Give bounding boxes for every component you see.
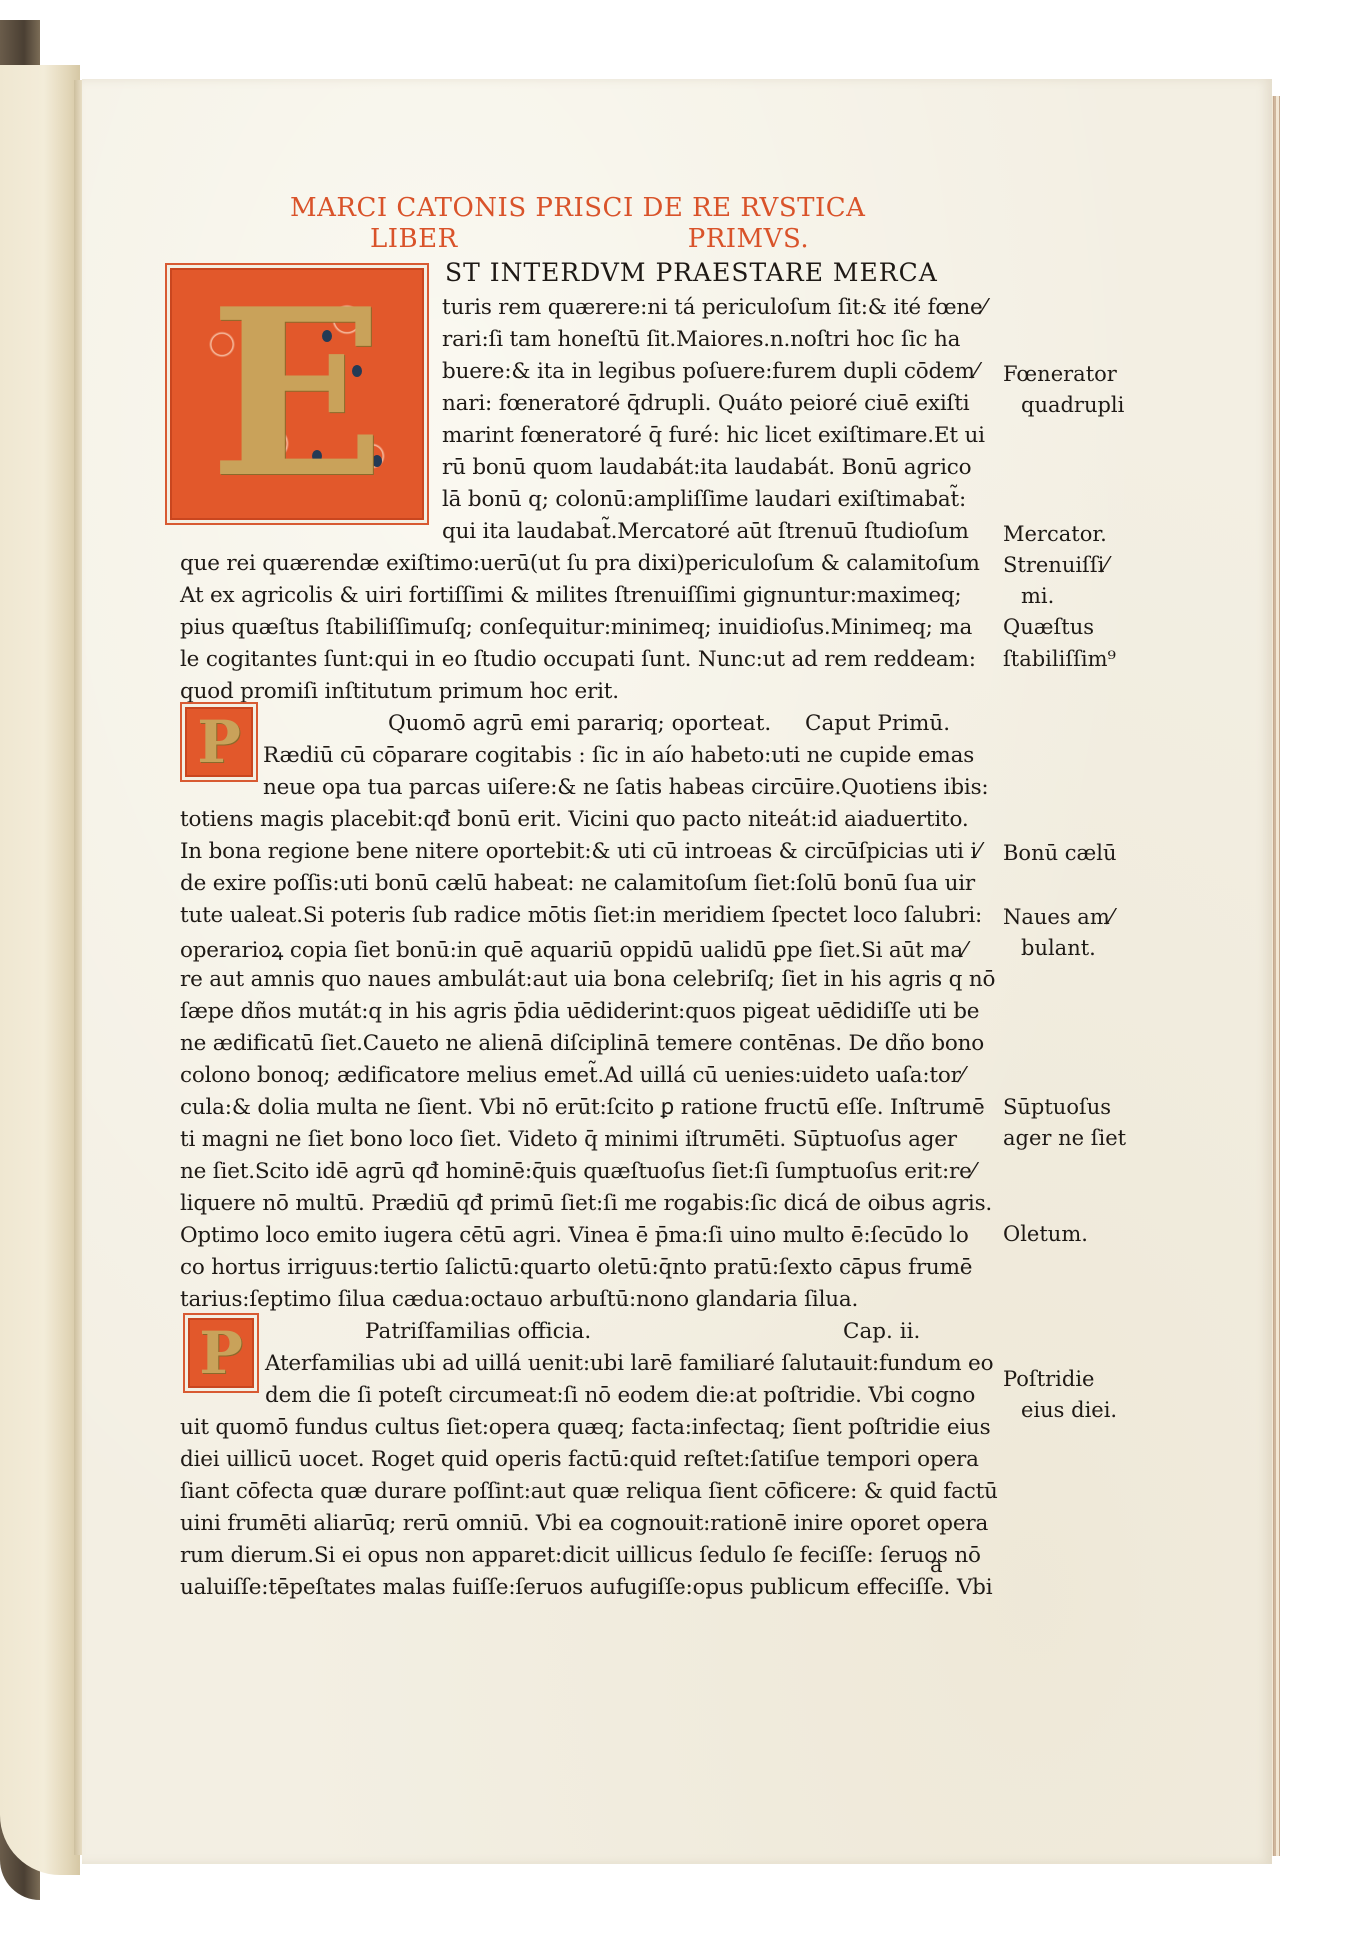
chapter-1-caput: Caput Primū. [805, 711, 950, 736]
text-line: ne ædificatū ſiet.Caueto ne alienā diſci… [180, 1031, 984, 1056]
marginal-note: ager ne ſiet [1003, 1126, 1126, 1150]
text-line: ne ſiet.Scito idē agrū qđ hominē:q̄uis q… [180, 1159, 975, 1184]
initial-letter: P [187, 709, 251, 775]
marginal-note: Fœnerator [1003, 362, 1117, 386]
text-line: quod promiſi inſtitutum primum hoc erit. [180, 679, 619, 704]
text-line: marint fœneratoré q̄ furé: hic licet exi… [442, 423, 985, 448]
text-line: cula:& dolia multa ne ſient. Vbi nō erūt… [180, 1095, 985, 1120]
text-line: ſæpe dños mutát:q in his agris p̄dia uēd… [180, 999, 979, 1024]
title-line-2: LIBERPRIMVS. [290, 224, 930, 255]
signature-mark: a [930, 1553, 943, 1577]
text-line: nari: fœneratoré q̄drupli. Quáto peioré … [442, 391, 969, 416]
marginal-note: Bonū cælū [1003, 841, 1117, 865]
marginal-note: Quæſtus [1003, 615, 1094, 639]
chapter-1-title: Quomō agrū emi parariq; oporteat. [388, 711, 771, 736]
text-line: totiens magis placebit:qđ bonū erit. Vic… [180, 807, 968, 832]
text-line: pius quæſtus ſtabiliſſimuſq; conſequitur… [180, 615, 972, 640]
initial-letter: P [190, 1320, 252, 1386]
title-primus: PRIMVS. [688, 224, 809, 254]
text-line: ſiant cōfecta quæ durare poſſint:aut quæ… [180, 1479, 998, 1504]
text-line: colono bonoq; ædificatore melius emet̃.A… [180, 1063, 964, 1088]
title-liber: LIBER [370, 224, 458, 254]
marginal-note: eius diei. [1003, 1398, 1117, 1422]
text-line: re aut amnis quo naues ambulát:aut uia b… [180, 967, 995, 992]
marginal-note: Poſtridie [1003, 1367, 1094, 1391]
text-line: operarioꝝ copia ſiet bonū:in quē aquariū… [180, 935, 966, 964]
text-line: tute ualeat.Si poteris ſub radice mōtis … [180, 903, 982, 928]
text-line: At ex agricolis & uiri fortiſſimi & mili… [180, 583, 961, 608]
text-line: ualuiſſe:tēpeſtates malas fuiſſe:ſeruos … [180, 1575, 992, 1600]
marginal-note: Oletum. [1003, 1222, 1088, 1246]
text-line: lā bonū q; colonū:ampliſſime laudari exi… [442, 487, 966, 512]
text-line: dem die ſi poteſt circumeat:ſi nō eodem … [265, 1383, 975, 1408]
marginal-note: mi. [1003, 584, 1054, 608]
marginal-note: quadrupli [1003, 393, 1124, 417]
text-line: Aterfamilias ubi ad uillá uenit:ubi larē… [265, 1351, 993, 1376]
text-line: le cogitantes ſunt:qui in eo ſtudio occu… [180, 647, 976, 672]
marginal-note: Mercator. [1003, 522, 1107, 546]
text-line: rū bonū quom laudabát:ita laudabát. Bonū… [442, 455, 971, 480]
text-line: neue opa tua parcas uiſere:& ne ſatis ha… [263, 775, 988, 800]
text-line: que rei quærendæ exiſtimo:uerū(ut ſu pra… [180, 551, 980, 576]
illuminated-initial-p: P [185, 707, 253, 777]
marginal-note: ſtabiliſſim⁹ [1003, 647, 1116, 671]
text-line: rum dierum.Si ei opus non apparet:dicit … [180, 1543, 981, 1568]
chapter-2-title: Patriſfamilias officia. [365, 1319, 591, 1344]
chapter-2-caput: Cap. ii. [843, 1319, 920, 1344]
text-line: liquere nō multū. Prædiū qđ primū ſiet:ſ… [180, 1191, 992, 1216]
text-line: de exire poſſis:uti bonū cælū habeat: ne… [180, 871, 975, 896]
text-line: Optimo loco emito iugera cētū agri. Vine… [180, 1223, 969, 1248]
page-title: MARCI CATONIS PRISCI DE RE RVSTICA LIBER… [290, 193, 930, 255]
marginal-note: Strenuiſſi⁄ [1003, 553, 1108, 577]
text-line: In bona regione bene nitere oportebit:& … [180, 839, 980, 864]
text-line: co hortus irriguus:tertio ſalictū:quarto… [180, 1255, 972, 1280]
marginal-note: bulant. [1003, 936, 1096, 960]
text-line: ST INTERDVM PRAESTARE MERCA [445, 258, 938, 287]
text-line: ti magni ne ſiet bono loco ſiet. Videto … [180, 1127, 957, 1152]
text-line: buere:& ita in legibus poſuere:furem dup… [442, 359, 978, 384]
text-line: rari:ſi tam honeſtū ſit.Maiores.n.noſtri… [442, 327, 960, 352]
title-line-1: MARCI CATONIS PRISCI DE RE RVSTICA [290, 193, 930, 224]
text-line: qui ita laudabat̃.Mercatoré aūt ſtrenuū … [442, 519, 969, 544]
illuminated-initial-p: P [188, 1318, 254, 1388]
marginal-note: Naues am⁄ [1003, 905, 1113, 929]
text-line: Rædiū cū cōparare cogitabis : ſic in aío… [263, 743, 974, 768]
left-page [0, 65, 80, 1875]
text-line: uit quomō fundus cultus ſiet:opera quæq;… [180, 1415, 991, 1440]
text-line: turis rem quærere:ni tá periculoſum ſit:… [442, 295, 986, 320]
illuminated-initial-e: E [170, 268, 424, 520]
marginal-note: Sūptuoſus [1003, 1095, 1111, 1119]
text-line: tarius:ſeptimo ſilua cædua:octauo arbuſt… [180, 1287, 858, 1312]
text-line: diei uillicū uocet. Roget quid operis fa… [180, 1447, 979, 1472]
initial-letter: E [172, 270, 422, 518]
text-line: uini frumēti aliarūq; rerū omniū. Vbi ea… [180, 1511, 988, 1536]
